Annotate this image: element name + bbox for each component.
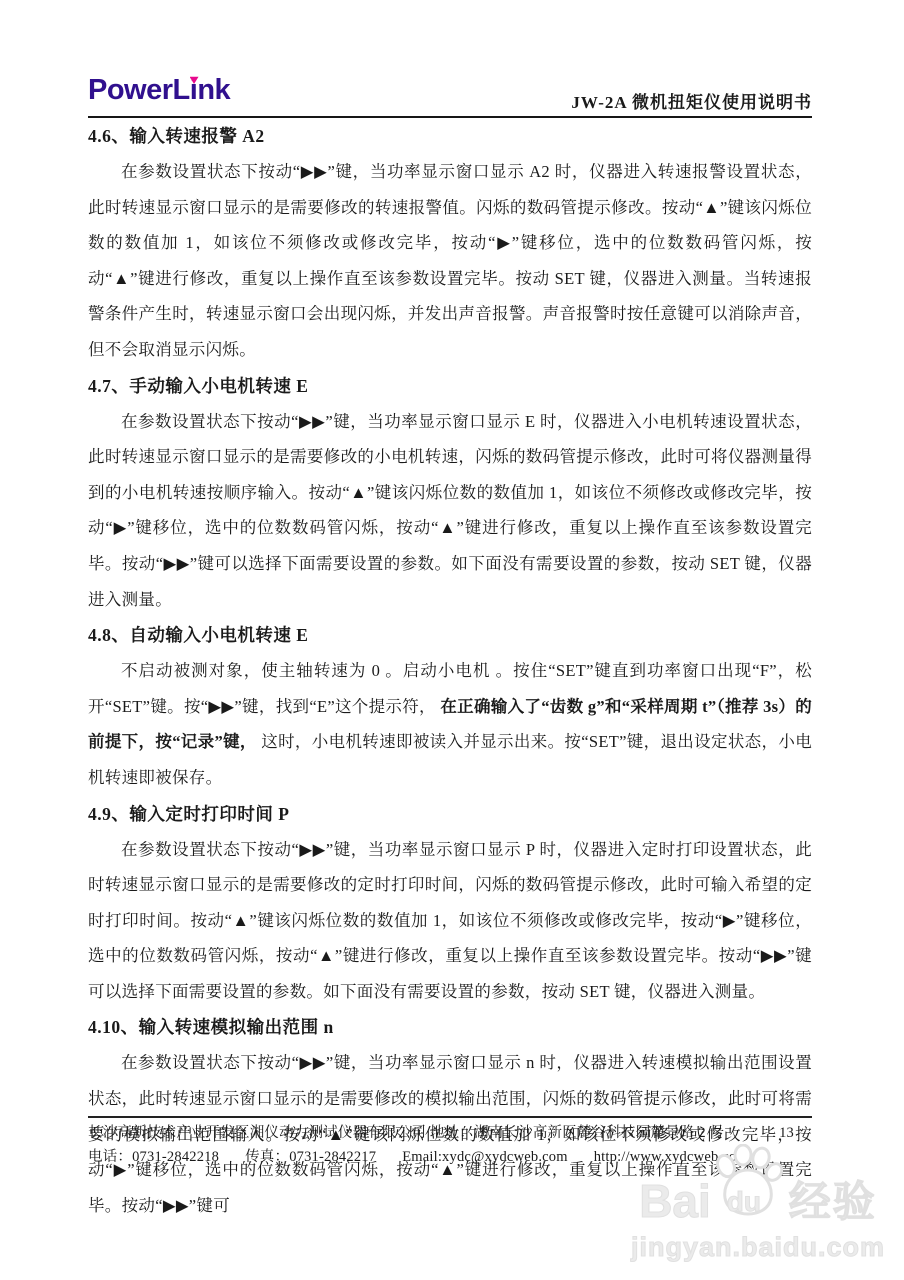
- section-paragraph: 不启动被测对象，使主轴转速为 0 。启动小电机 。按住“SET”键直到功率窗口出…: [88, 653, 812, 795]
- paragraph-run: 在参数设置状态下按动“▶▶”键，当功率显示窗口显示 A2 时，仪器进入转速报警设…: [88, 162, 812, 359]
- paragraph-run: 在参数设置状态下按动“▶▶”键，当功率显示窗口显示 E 时，仪器进入小电机转速设…: [88, 412, 812, 609]
- footer-contact-item: 电话：0731-2842218: [88, 1149, 219, 1165]
- section-heading: 4.7、手动输入小电机转速 E: [88, 368, 812, 404]
- watermark-site-url: jingyan.baidu.com: [612, 1234, 904, 1261]
- section-heading: 4.6、输入转速报警 A2: [88, 118, 812, 154]
- section-heading: 4.10、输入转速模拟输出范围 n: [88, 1009, 812, 1045]
- page-header: PowerLink JW-2A 微机扭矩仪使用说明书: [88, 0, 812, 118]
- section-paragraph: 在参数设置状态下按动“▶▶”键，当功率显示窗口显示 E 时，仪器进入小电机转速设…: [88, 404, 812, 618]
- document-body: 4.6、输入转速报警 A2在参数设置状态下按动“▶▶”键，当功率显示窗口显示 A…: [88, 118, 812, 1223]
- section-heading: 4.9、输入定时打印时间 P: [88, 796, 812, 832]
- logo-text-post: nk: [197, 74, 230, 106]
- footer-contact-item: 传真：0731-2842217: [245, 1149, 376, 1165]
- section-paragraph: 在参数设置状态下按动“▶▶”键，当功率显示窗口显示 A2 时，仪器进入转速报警设…: [88, 154, 812, 368]
- page-number: 13: [779, 1121, 812, 1145]
- manual-section: 4.8、自动输入小电机转速 E不启动被测对象，使主轴转速为 0 。启动小电机 。…: [88, 617, 812, 795]
- logo-letter-i: i: [190, 76, 198, 105]
- powerlink-logo: PowerLink: [88, 76, 230, 105]
- footer-company-row: 长沙高新技术产业开发区湘仪动力测试仪器有限公司 地址：湖南长沙高新区麓谷科技园麓…: [88, 1121, 812, 1145]
- section-heading: 4.8、自动输入小电机转速 E: [88, 617, 812, 653]
- logo-text-pre: PowerL: [88, 74, 190, 106]
- manual-section: 4.6、输入转速报警 A2在参数设置状态下按动“▶▶”键，当功率显示窗口显示 A…: [88, 118, 812, 368]
- footer-contact-item: Email:xydc@xydcweb.com: [402, 1149, 568, 1165]
- footer-company-address: 长沙高新技术产业开发区湘仪动力测试仪器有限公司 地址：湖南长沙高新区麓谷科技园麓…: [88, 1121, 724, 1145]
- section-paragraph: 在参数设置状态下按动“▶▶”键，当功率显示窗口显示 P 时，仪器进入定时打印设置…: [88, 832, 812, 1010]
- footer-contact-row: 电话：0731-2842218传真：0731-2842217Email:xydc…: [88, 1145, 812, 1169]
- footer-contact-item: http://www.xydcweb.com: [594, 1149, 748, 1165]
- manual-page: PowerLink JW-2A 微机扭矩仪使用说明书 4.6、输入转速报警 A2…: [0, 0, 904, 1280]
- page-content: PowerLink JW-2A 微机扭矩仪使用说明书 4.6、输入转速报警 A2…: [88, 0, 812, 1223]
- manual-section: 4.7、手动输入小电机转速 E在参数设置状态下按动“▶▶”键，当功率显示窗口显示…: [88, 368, 812, 618]
- manual-section: 4.9、输入定时打印时间 P在参数设置状态下按动“▶▶”键，当功率显示窗口显示 …: [88, 796, 812, 1010]
- document-title: JW-2A 微机扭矩仪使用说明书: [571, 88, 812, 113]
- paragraph-run: 在参数设置状态下按动“▶▶”键，当功率显示窗口显示 P 时，仪器进入定时打印设置…: [88, 840, 812, 1001]
- page-footer: 长沙高新技术产业开发区湘仪动力测试仪器有限公司 地址：湖南长沙高新区麓谷科技园麓…: [88, 1116, 812, 1169]
